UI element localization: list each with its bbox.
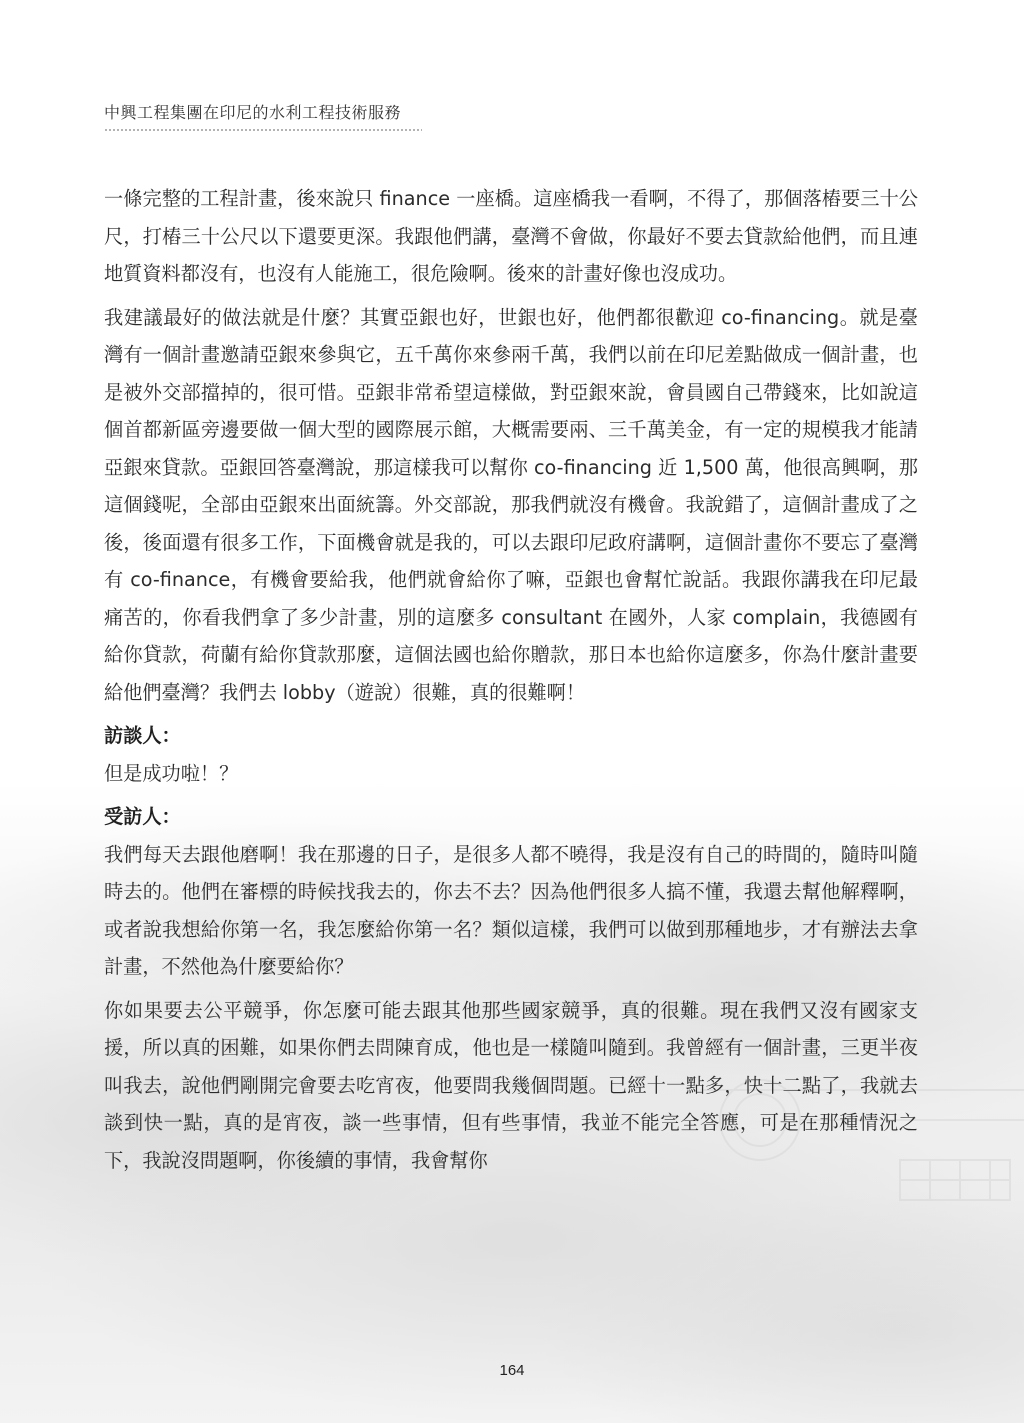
running-header: 中興工程集團在印尼的水利工程技術服務	[104, 100, 424, 131]
header-dotted-rule	[104, 129, 422, 131]
interviewee-label: 受訪人：	[104, 798, 918, 836]
interviewer-label: 訪談人：	[104, 717, 918, 755]
paragraph: 一條完整的工程計畫，後來說只 finance 一座橋。這座橋我一看啊，不得了，那…	[104, 180, 918, 293]
paragraph: 我建議最好的做法就是什麼？其實亞銀也好，世銀也好，他們都很歡迎 co-finan…	[104, 299, 918, 712]
interviewer-text: 但是成功啦！？	[104, 755, 918, 793]
running-header-title: 中興工程集團在印尼的水利工程技術服務	[104, 100, 424, 123]
body-text: 一條完整的工程計畫，後來說只 finance 一座橋。這座橋我一看啊，不得了，那…	[104, 180, 918, 1185]
interviewee-paragraph: 你如果要去公平競爭，你怎麼可能去跟其他那些國家競爭，真的很難。現在我們又沒有國家…	[104, 992, 918, 1180]
interviewee-paragraph: 我們每天去跟他磨啊！我在那邊的日子，是很多人都不曉得，我是沒有自己的時間的，隨時…	[104, 836, 918, 986]
page-number: 164	[0, 1362, 1024, 1379]
